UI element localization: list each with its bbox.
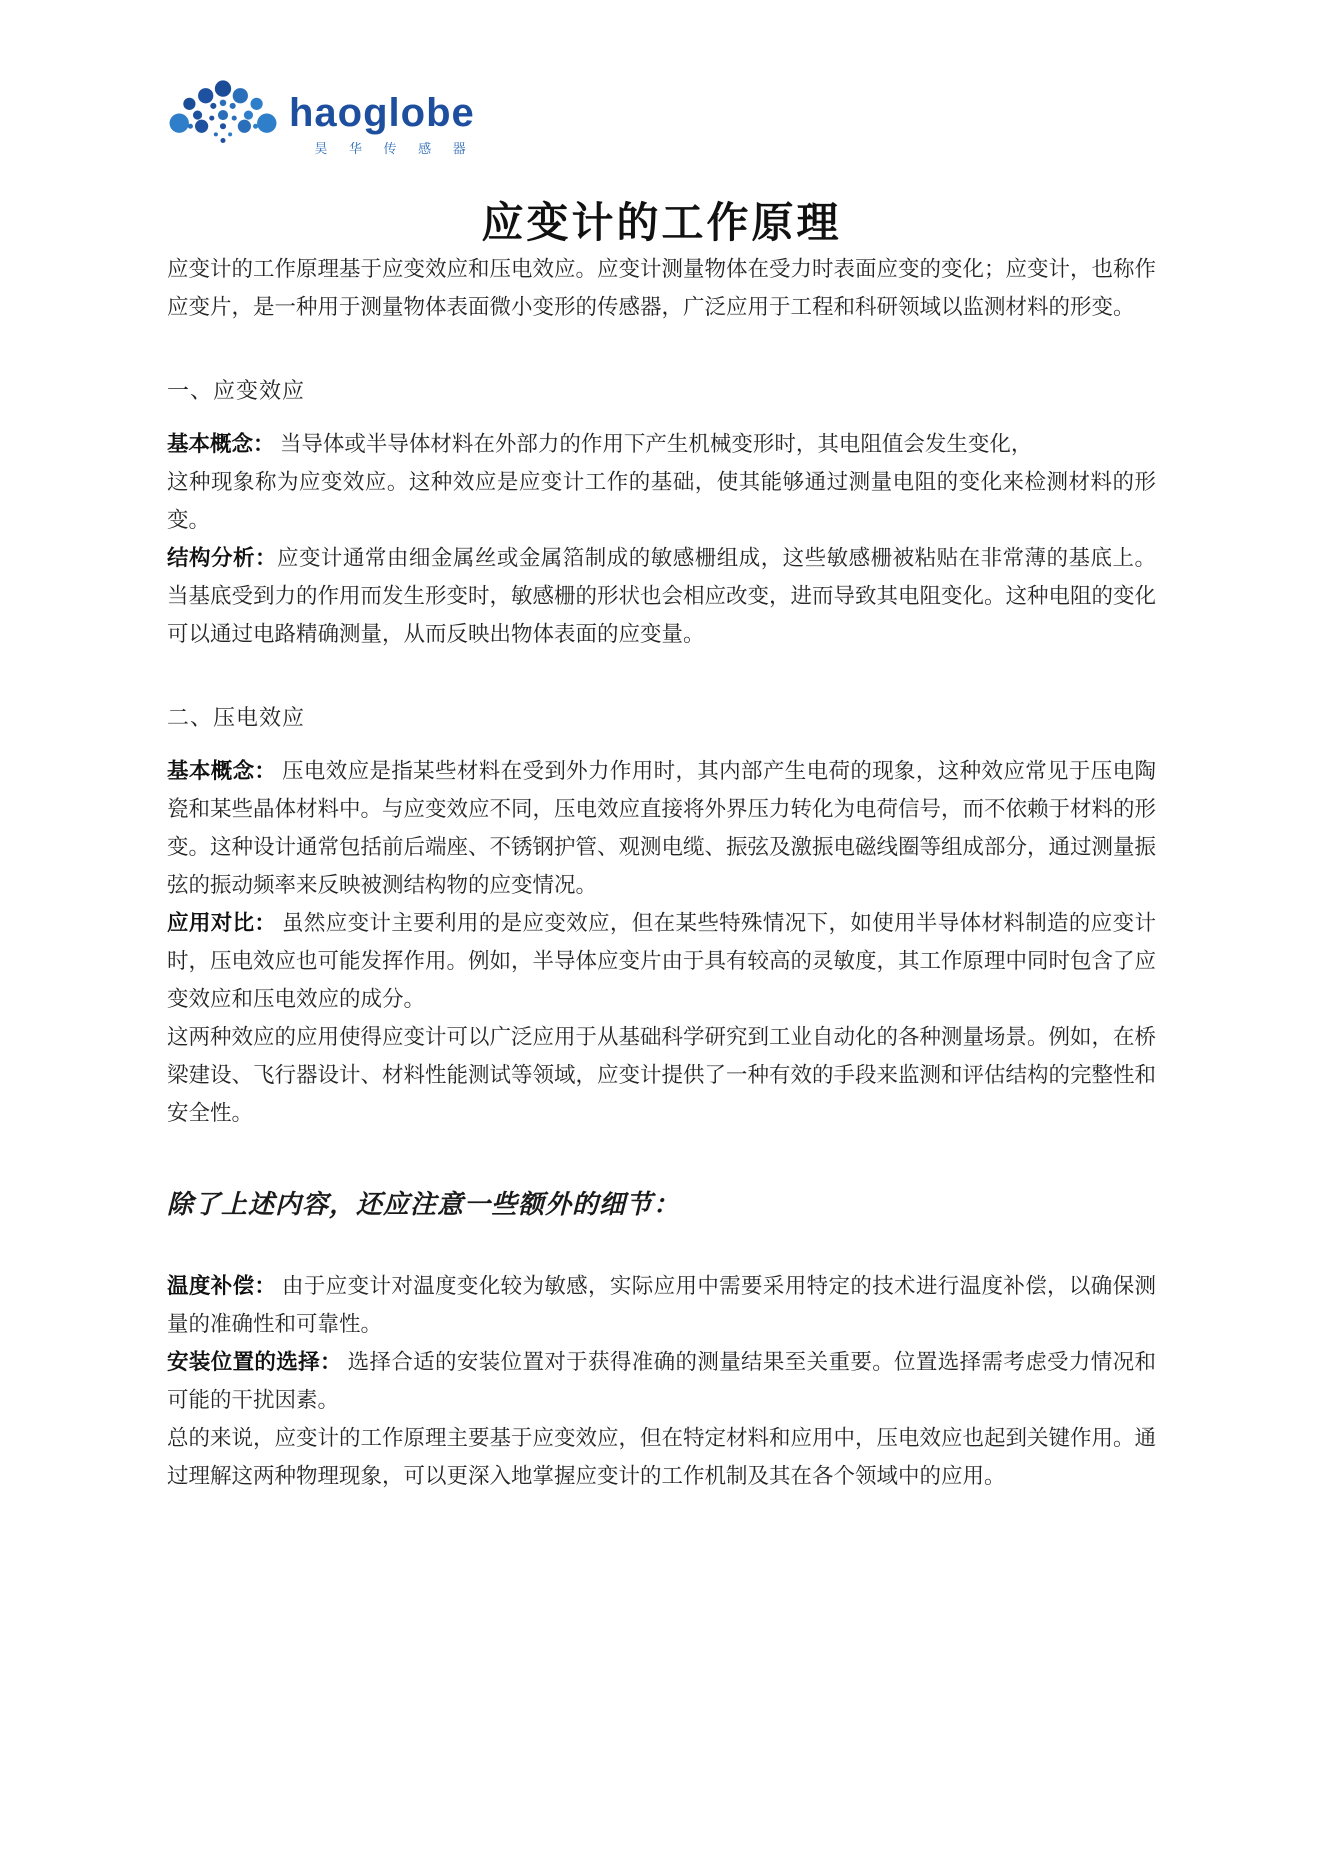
label-temperature-compensation: 温度补偿： xyxy=(167,1274,276,1298)
paragraph-strain-basic: 基本概念： 当导体或半导体材料在外部力的作用下产生机械变形时，其电阻值会发生变化… xyxy=(167,425,1156,463)
paragraph-temperature: 温度补偿： 由于应变计对温度变化较为敏感，实际应用中需要采用特定的技术进行温度补… xyxy=(167,1267,1156,1343)
label-basic-concept-1: 基本概念： xyxy=(167,432,275,456)
paragraph-strain-structure: 结构分析：应变计通常由细金属丝或金属箔制成的敏感栅组成，这些敏感栅被粘贴在非常薄… xyxy=(167,539,1156,653)
page-title: 应变计的工作原理 xyxy=(167,190,1156,250)
label-installation-position: 安装位置的选择： xyxy=(167,1350,342,1374)
brand-text-block: haoglobe 昊 华 传 感 器 xyxy=(289,78,475,157)
document-page: haoglobe 昊 华 传 感 器 应变计的工作原理 应变计的工作原理基于应变… xyxy=(0,0,1323,1871)
extra-notes-heading: 除了上述内容，还应注意一些额外的细节： xyxy=(167,1184,1156,1221)
paragraph-piezo-compare: 应用对比： 虽然应变计主要利用的是应变效应，但在某些特殊情况下，如使用半导体材料… xyxy=(167,904,1156,1018)
brand-logo: haoglobe 昊 华 传 感 器 xyxy=(167,78,1156,150)
section-heading-piezo: 二、压电效应 xyxy=(167,701,1156,732)
text-piezo-compare: 虽然应变计主要利用的是应变效应，但在某些特殊情况下，如使用半导体材料制造的应变计… xyxy=(167,911,1156,1011)
paragraph-intro: 应变计的工作原理基于应变效应和压电效应。应变计测量物体在受力时表面应变的变化；应… xyxy=(167,250,1156,326)
paragraph-conclusion: 总的来说，应变计的工作原理主要基于应变效应，但在特定材料和应用中，压电效应也起到… xyxy=(167,1419,1156,1495)
label-basic-concept-2: 基本概念： xyxy=(167,759,276,783)
paragraph-strain-basic-2: 这种现象称为应变效应。这种效应是应变计工作的基础，使其能够通过测量电阻的变化来检… xyxy=(167,463,1156,539)
text-strain-basic: 当导体或半导体材料在外部力的作用下产生机械变形时，其电阻值会发生变化， xyxy=(280,432,1033,456)
brand-wordmark: haoglobe xyxy=(289,93,475,133)
text-piezo-basic: 压电效应是指某些材料在受到外力作用时，其内部产生电荷的现象，这种效应常见于压电陶… xyxy=(167,759,1156,897)
label-structure-analysis: 结构分析： xyxy=(167,546,277,570)
brand-subtitle: 昊 华 传 感 器 xyxy=(289,138,475,157)
paragraph-piezo-basic: 基本概念： 压电效应是指某些材料在受到外力作用时，其内部产生电荷的现象，这种效应… xyxy=(167,752,1156,904)
label-application-compare: 应用对比： xyxy=(167,911,276,935)
section-heading-strain: 一、应变效应 xyxy=(167,374,1156,405)
text-temperature: 由于应变计对温度变化较为敏感，实际应用中需要采用特定的技术进行温度补偿，以确保测… xyxy=(167,1274,1156,1336)
paragraph-installation: 安装位置的选择： 选择合适的安装位置对于获得准确的测量结果至关重要。位置选择需考… xyxy=(167,1343,1156,1419)
paragraph-applications: 这两种效应的应用使得应变计可以广泛应用于从基础科学研究到工业自动化的各种测量场景… xyxy=(167,1018,1156,1132)
haoglobe-logo-icon xyxy=(167,78,279,146)
text-strain-structure: 应变计通常由细金属丝或金属箔制成的敏感栅组成，这些敏感栅被粘贴在非常薄的基底上。… xyxy=(167,546,1156,646)
